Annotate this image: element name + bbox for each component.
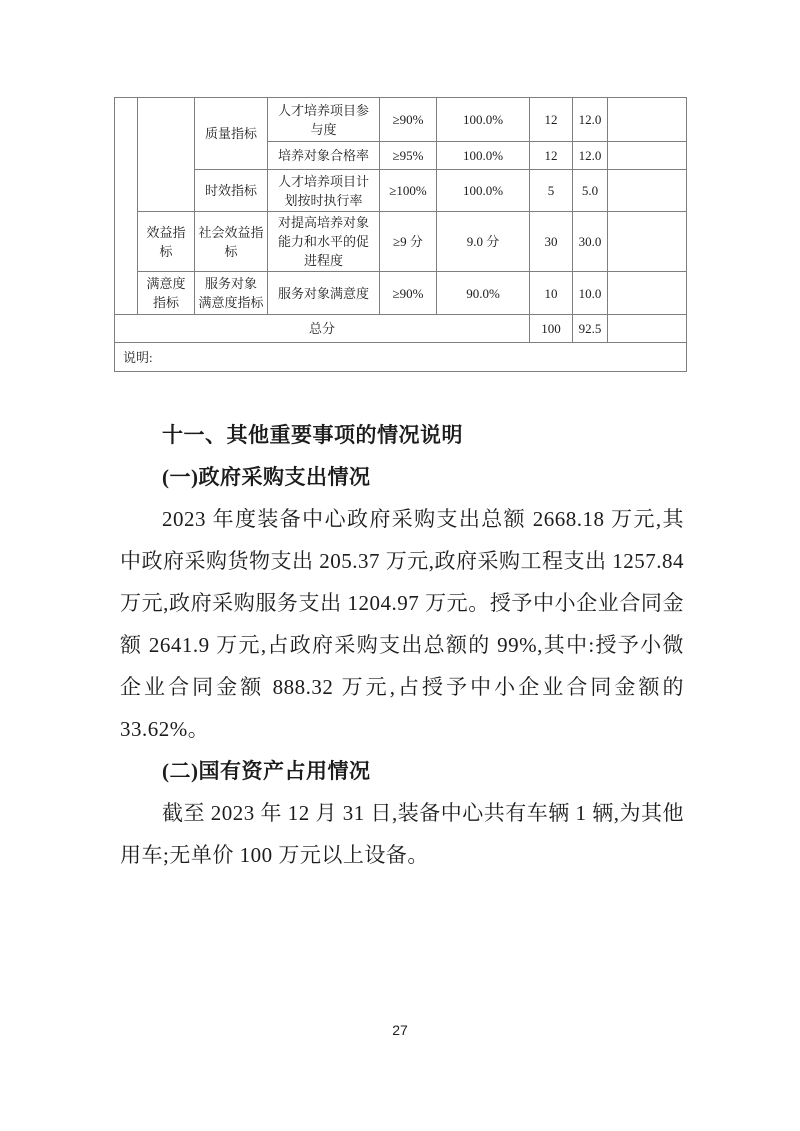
cell-total-label: 总分 — [115, 315, 530, 343]
cell-indicator-name: 对提高培养对象 能力和水平的促 进程度 — [268, 212, 380, 272]
cell-empty-level1 — [115, 98, 138, 315]
cell-actual-value: 9.0 分 — [437, 212, 530, 272]
cell-points: 12 — [530, 98, 573, 142]
cell-target-value: ≥90% — [380, 98, 437, 142]
cell-indicator-name: 培养对象合格率 — [268, 142, 380, 170]
subsection-1-heading: (一)政府采购支出情况 — [120, 456, 684, 498]
cell-score: 10.0 — [573, 272, 608, 315]
subsection-2-heading: (二)国有资产占用情况 — [120, 750, 684, 792]
cell-group: 效益指 标 — [138, 212, 195, 272]
cell-target-value: ≥95% — [380, 142, 437, 170]
cell-points: 5 — [530, 170, 573, 212]
cell-points: 30 — [530, 212, 573, 272]
table-row: 效益指 标 社会效益指 标 对提高培养对象 能力和水平的促 进程度 ≥9 分 9… — [115, 212, 687, 272]
table-row-total: 总分 100 92.5 — [115, 315, 687, 343]
page-number: 27 — [0, 1022, 800, 1038]
table-row: 时效指标 人才培养项目计 划按时执行率 ≥100% 100.0% 5 5.0 — [115, 170, 687, 212]
cell-category: 质量指标 — [195, 98, 268, 170]
cell-remark — [608, 212, 687, 272]
cell-category: 服务对象 满意度指标 — [195, 272, 268, 315]
cell-category: 社会效益指 标 — [195, 212, 268, 272]
cell-score: 12.0 — [573, 142, 608, 170]
section-heading: 十一、其他重要事项的情况说明 — [120, 414, 684, 456]
cell-actual-value: 100.0% — [437, 98, 530, 142]
cell-indicator-name: 服务对象满意度 — [268, 272, 380, 315]
cell-target-value: ≥9 分 — [380, 212, 437, 272]
cell-total-score: 92.5 — [573, 315, 608, 343]
cell-indicator-name: 人才培养项目参 与度 — [268, 98, 380, 142]
cell-empty-level2 — [138, 98, 195, 212]
table-row-note: 说明: — [115, 343, 687, 372]
cell-total-points: 100 — [530, 315, 573, 343]
cell-actual-value: 100.0% — [437, 170, 530, 212]
cell-note-label: 说明: — [115, 343, 687, 372]
subsection-2-paragraph: 截至 2023 年 12 月 31 日,装备中心共有车辆 1 辆,为其他用车;无… — [120, 792, 684, 876]
table-row: 质量指标 人才培养项目参 与度 ≥90% 100.0% 12 12.0 — [115, 98, 687, 142]
cell-group: 满意度 指标 — [138, 272, 195, 315]
cell-indicator-name: 人才培养项目计 划按时执行率 — [268, 170, 380, 212]
cell-target-value: ≥90% — [380, 272, 437, 315]
cell-remark — [608, 98, 687, 142]
cell-category: 时效指标 — [195, 170, 268, 212]
cell-points: 10 — [530, 272, 573, 315]
table-row: 满意度 指标 服务对象 满意度指标 服务对象满意度 ≥90% 90.0% 10 … — [115, 272, 687, 315]
cell-actual-value: 90.0% — [437, 272, 530, 315]
cell-remark — [608, 142, 687, 170]
document-page: 质量指标 人才培养项目参 与度 ≥90% 100.0% 12 12.0 培养对象… — [0, 0, 800, 1131]
document-body: 十一、其他重要事项的情况说明 (一)政府采购支出情况 2023 年度装备中心政府… — [120, 414, 684, 876]
cell-score: 30.0 — [573, 212, 608, 272]
cell-remark — [608, 315, 687, 343]
subsection-1-paragraph: 2023 年度装备中心政府采购支出总额 2668.18 万元,其中政府采购货物支… — [120, 498, 684, 750]
performance-score-table: 质量指标 人才培养项目参 与度 ≥90% 100.0% 12 12.0 培养对象… — [114, 97, 687, 372]
cell-score: 12.0 — [573, 98, 608, 142]
cell-remark — [608, 272, 687, 315]
cell-target-value: ≥100% — [380, 170, 437, 212]
cell-remark — [608, 170, 687, 212]
cell-points: 12 — [530, 142, 573, 170]
cell-score: 5.0 — [573, 170, 608, 212]
cell-actual-value: 100.0% — [437, 142, 530, 170]
